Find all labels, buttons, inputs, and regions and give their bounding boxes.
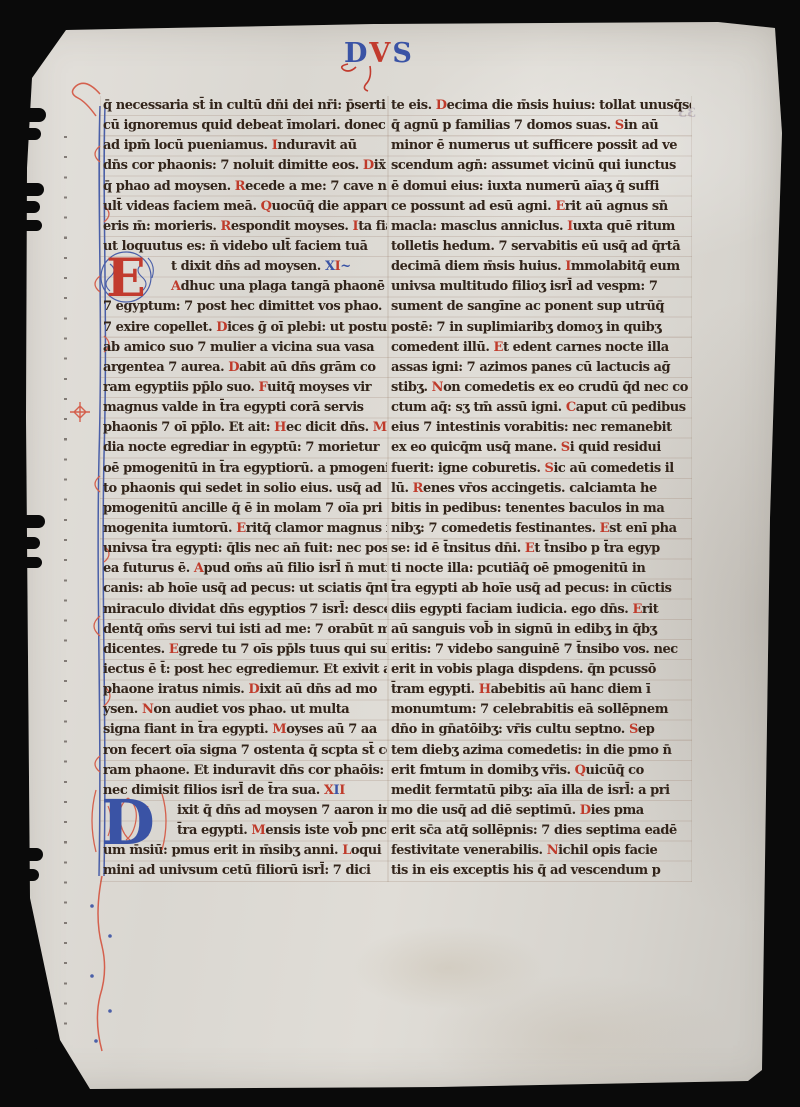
text-line: mo die usq̄ ad diē septimū. Dies pma (389, 801, 691, 821)
text-line: aū sanguis vob̄ in signū in edibʒ in q̄b… (389, 620, 691, 640)
text-line: se: id ē t̄nsitus dn̄i. Et t̄nsibo p t̄r… (389, 539, 691, 559)
text-line: fuerit: igne coburetis. Sic aū comedetis… (389, 459, 691, 479)
text-line: ram phaone. Et induravit dn̄s cor phaōis… (101, 761, 387, 781)
text-line: festivitate venerabilis. Nichil opis fac… (389, 841, 691, 861)
text-line: q̄ agnū p familias 7 domos suas. Sin aū (389, 116, 691, 136)
text-line: dicentes. Egrede tu 7 oīs pp̄ls tuus qui… (101, 640, 387, 660)
text-line: signa fiant in t̄ra egypti. Moyses aū 7 … (101, 720, 387, 740)
text-line: tem diebʒ azima comedetis: in die pmo n̄ (389, 741, 691, 761)
binding-notch (16, 108, 46, 122)
text-line: q̄ phao ad moysen. Recede a me: 7 cave n… (101, 177, 387, 197)
text-line: t̄ram egypti. Habebitis aū hanc diem ī (389, 680, 691, 700)
binding-notch (12, 537, 40, 549)
text-line: mini ad univsum cetū filiorū isrl̄: 7 di… (101, 861, 387, 881)
text-line: canis: ab hoīe usq̄ ad pecus: ut sciatis… (101, 579, 387, 599)
text-line: ram egyptiis pp̄lo suo. Fuitq̄ moyses vi… (101, 378, 387, 398)
text-column-right: te eis. Decima die m̄sis huius: tollat u… (388, 96, 692, 882)
text-line: ea futurus ē. Apud om̄s aū filio isrl̄ n… (101, 559, 387, 579)
text-line: te eis. Decima die m̄sis huius: tollat u… (389, 96, 691, 116)
text-line: ctum aq̄: sʒ tm̄ assū igni. Caput cū ped… (389, 398, 691, 418)
text-line: phaonis 7 oī pp̄lo. Et ait: Hec dicit dn… (101, 418, 387, 438)
text-line: ron fecert oīa signa 7 ostenta q̄ scpta … (101, 741, 387, 761)
text-line: nibʒ: 7 comedetis festinantes. Est enī p… (389, 519, 691, 539)
binding-notch (14, 183, 44, 196)
text-line: miraculo dividat dn̄s egyptios 7 isrl̄: … (101, 600, 387, 620)
text-line: dentq̄ om̄s servi tui isti ad me: 7 orab… (101, 620, 387, 640)
running-title-flourish (340, 58, 400, 94)
text-line: t̄ra egypti ab hoīe usq̄ ad pecus: in cū… (389, 579, 691, 599)
text-line: decimā diem m̄sis huius. Immolabitq̄ eum (389, 257, 691, 277)
text-line: mogenita iumtorū. Eritq̄ clamor magnus i (101, 519, 387, 539)
text-line: phaone iratus nimis. Dixit aū dn̄s ad mo (101, 680, 387, 700)
text-line: ti nocte illa: pcutiāq̄ oē pmogenitū in (389, 559, 691, 579)
text-line: ysen. Non audiet vos phao. ut multa (101, 700, 387, 720)
text-line: dn̄s cor phaonis: 7 noluit dimitte eos. … (101, 156, 387, 176)
svg-text:D: D (101, 786, 155, 858)
photo-background: { "page": { "description": "Medieval ill… (0, 0, 800, 1107)
text-line: 7 exire copellet. Dices ḡ oī plebi: ut p… (101, 318, 387, 338)
text-line: magnus valde in t̄ra egypti corā servis (101, 398, 387, 418)
text-line: postē: 7 in suplimiaribʒ domoʒ in quibʒ (389, 318, 691, 338)
text-line: ult̄ videas faciem meā. Quocūq̄ die appa… (101, 197, 387, 217)
text-line: tis in eis exceptis his q̄ ad vescendum … (389, 861, 691, 881)
text-line: erit sc̄a atq̄ sollēpnis: 7 dies septima… (389, 821, 691, 841)
text-line: minor ē numerus ut sufficere possit ad v… (389, 136, 691, 156)
text-line: erit fmtum in domibʒ vr̄is. Quicūq̄ co (389, 761, 691, 781)
binding-notch (14, 848, 43, 861)
decorated-initial-D: D (86, 784, 170, 858)
svg-text:E: E (106, 248, 146, 306)
text-line: univsa multitudo filioʒ isrl̄ ad vespm: … (389, 277, 691, 297)
text-line: eritis: 7 videbo sanguinē 7 t̄nsibo vos.… (389, 640, 691, 660)
text-line: q̄ necessaria st̄ in cultū dn̄i dei nr̄i… (101, 96, 387, 116)
text-line: comedent illū. Et edent carnes nocte ill… (389, 338, 691, 358)
text-line: diis egypti faciam iudicia. ego dn̄s. Er… (389, 600, 691, 620)
text-line: argentea 7 aurea. Dabit aū dn̄s grām co (101, 358, 387, 378)
text-line: ad ipm̄ locū pueniamus. Induravit aū (101, 136, 387, 156)
text-line: erit in vobis plaga dispdens. q̄n pcussō (389, 660, 691, 680)
binding-notch (14, 515, 45, 528)
text-line: lū. Renes vr̄os accingetis. calciamta he (389, 479, 691, 499)
binding-notch (16, 557, 42, 568)
manuscript-leaf: DVS 33 q̄ necessaria st̄ in cultū dn̄i d… (18, 18, 788, 1096)
decorated-initial-E: E (96, 248, 164, 306)
binding-notch (12, 869, 39, 881)
binding-notch (12, 201, 40, 213)
text-line: ē domui eius: iuxta numerū aīaʒ q̄ suffi (389, 177, 691, 197)
text-column-left: q̄ necessaria st̄ in cultū dn̄i dei nr̄i… (100, 96, 388, 882)
text-line: ex eo quicq̄m usq̄ mane. Si quid residui (389, 438, 691, 458)
text-line: iectus ē t̄: post hec egrediemur. Et exi… (101, 660, 387, 680)
text-line: dia nocte egrediar in egyptū: 7 morietur (101, 438, 387, 458)
text-line: sument de sangīne ac ponent sup utrūq̄ (389, 297, 691, 317)
text-line: ce possunt ad esū agni. Erit aū agnus sn… (389, 197, 691, 217)
text-line: bitis in pedibus: tenentes baculos in ma (389, 499, 691, 519)
text-line: monumtum: 7 celebrabitis eā sollēpnem (389, 700, 691, 720)
text-line: macla: masclus anniclus. Iuxta quē ritum (389, 217, 691, 237)
text-line: dn̄o in gn̄atōibʒ: vr̄is cultu septno. S… (389, 720, 691, 740)
text-line: scendum agn̄: assumet vicinū qui iunctus (389, 156, 691, 176)
text-line: eris m̄: morieris. Respondit moyses. Ita… (101, 217, 387, 237)
text-line: oē pmogenitū in t̄ra egyptiorū. a pmogen… (101, 459, 387, 479)
text-line: stibʒ. Non comedetis ex eo crudū q̄d nec… (389, 378, 691, 398)
text-line: medit fermtatū pibʒ: aīa illa de isrl̄: … (389, 781, 691, 801)
text-line: univsa t̄ra egypti: q̄lis nec an̄ fuit: … (101, 539, 387, 559)
text-line: assas igni: 7 azimos panes cū lactucis a… (389, 358, 691, 378)
binding-notch (16, 220, 42, 231)
text-line: ab amico suo 7 mulier a vicina sua vasa (101, 338, 387, 358)
text-line: tolletis hedum. 7 servabitis eū usq̄ ad … (389, 237, 691, 257)
text-line: pmogenitū ancille q̄ ē in molam 7 oīa pr… (101, 499, 387, 519)
binding-notch (16, 1028, 44, 1041)
binding-notch (14, 1048, 40, 1060)
binding-notch (14, 128, 41, 140)
text-line: to phaonis qui sedet in solio eius. usq̄… (101, 479, 387, 499)
text-line: eius 7 intestinis vorabitis: nec remaneb… (389, 418, 691, 438)
text-line: cū ignoremus quid debeat īmolari. donec (101, 116, 387, 136)
